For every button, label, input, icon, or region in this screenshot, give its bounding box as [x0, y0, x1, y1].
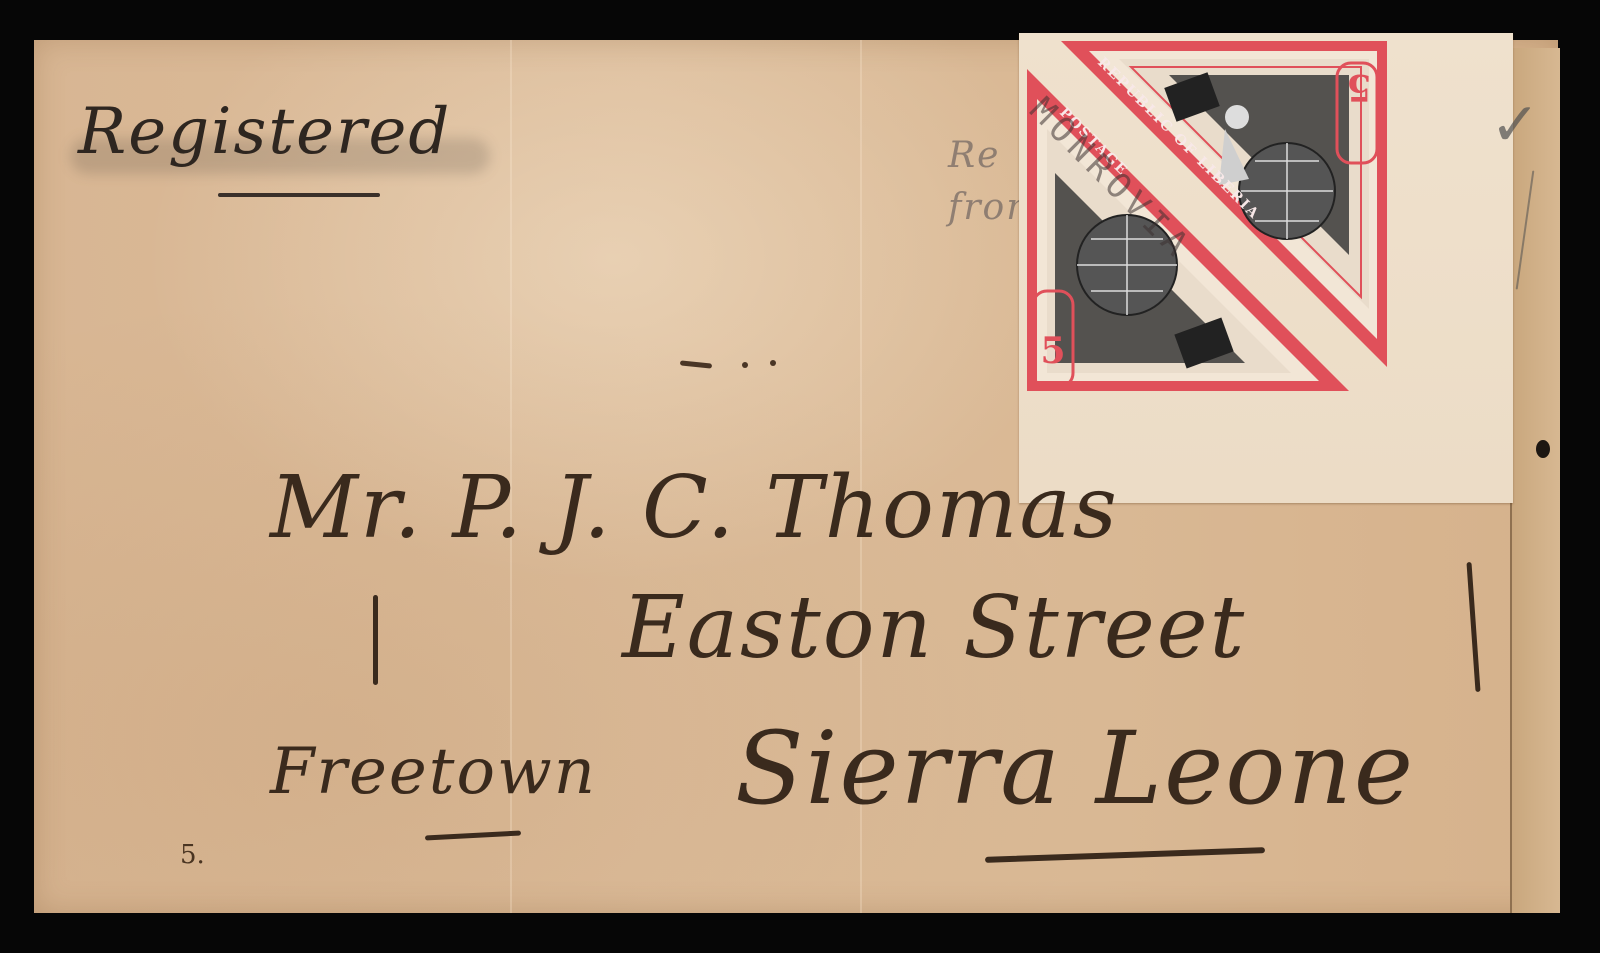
address-line-city: Freetown: [270, 735, 597, 809]
svg-text:5: 5: [1040, 330, 1065, 372]
svg-text:5: 5: [1346, 66, 1371, 108]
stamp-pair: 5 REPUBLIC OF LIBERIA 5 POSTAGE: [1019, 33, 1409, 393]
address-line-country: Sierra Leone: [735, 710, 1415, 827]
address-line-name: Mr. P. J. C. Thomas: [270, 458, 1119, 558]
ink-dot: [770, 360, 776, 366]
ink-dot: [742, 362, 748, 368]
registered-annotation: Registered: [78, 95, 451, 169]
corner-numeral: 5.: [180, 840, 205, 870]
checkmark-icon: ✓: [1490, 90, 1542, 160]
ink-blot: [1536, 440, 1550, 458]
address-line-street: Easton Street: [622, 578, 1246, 678]
registered-underline: [218, 193, 380, 197]
envelope-flap-edge: [1510, 48, 1560, 913]
ink-stroke: [373, 595, 378, 685]
